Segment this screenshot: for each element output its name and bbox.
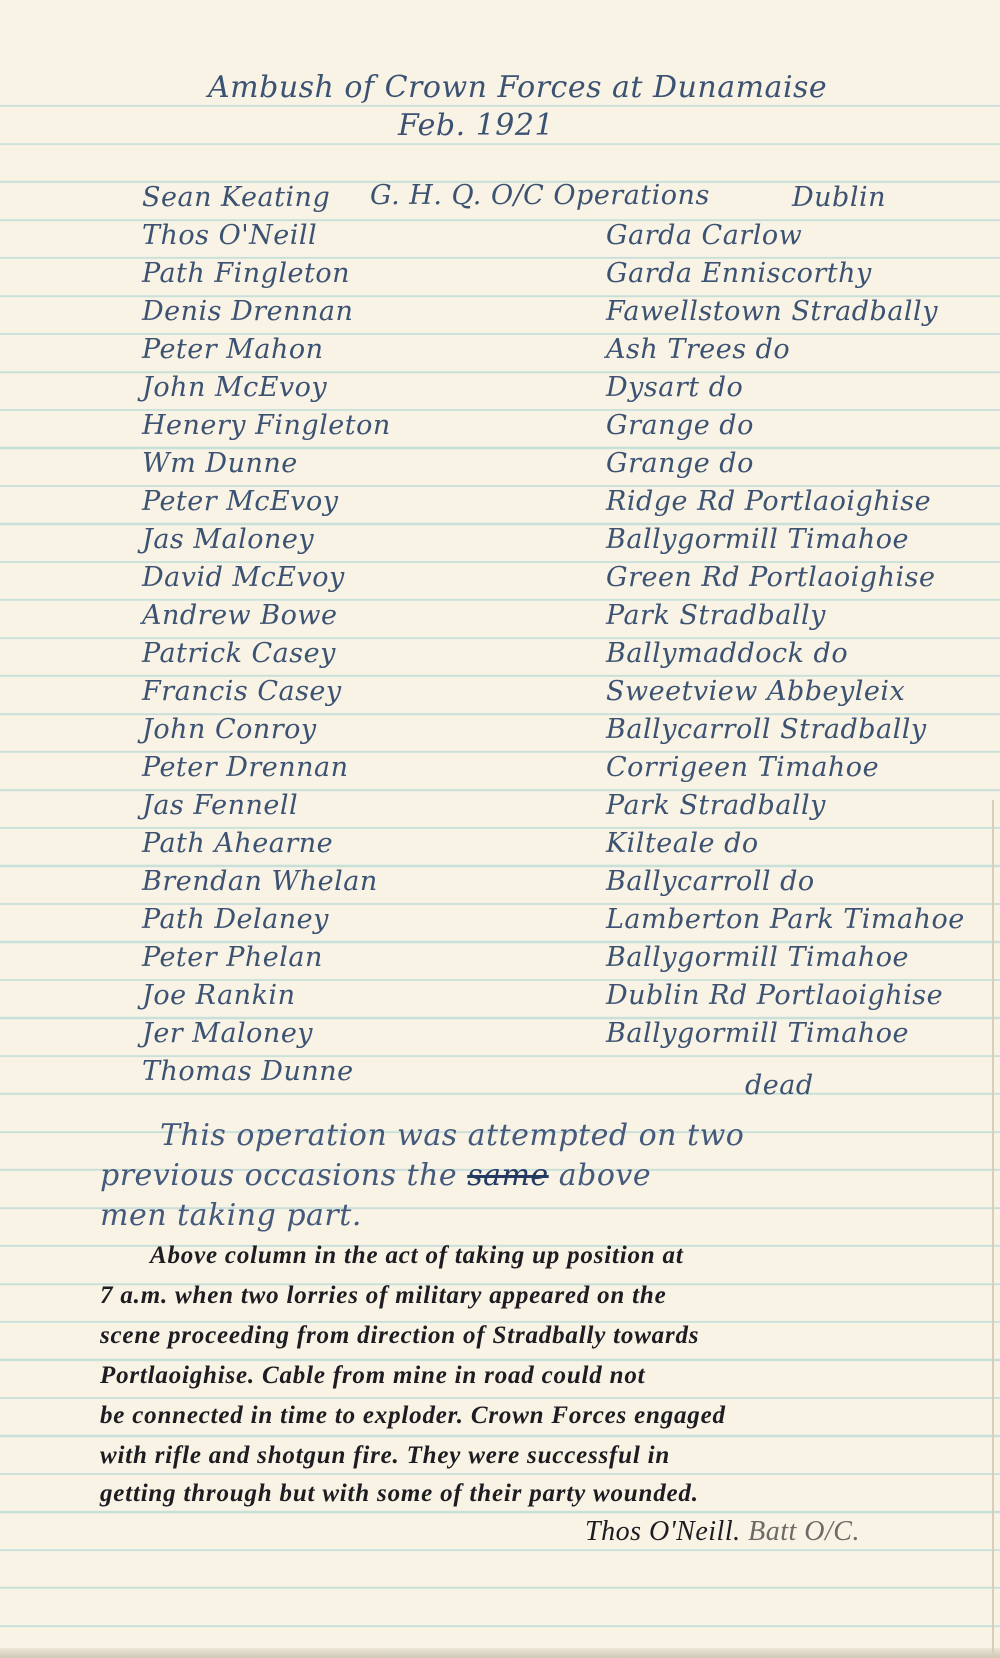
note-line: This operation was attempted on two [160, 1118, 744, 1153]
roster-address: Ballymaddock do [606, 638, 848, 669]
narrative-line: with rifle and shotgun fire. They were s… [100, 1442, 670, 1470]
roster-address: Ballygormill Timahoe [606, 524, 909, 555]
roster-address: Ballycarroll do [606, 866, 815, 897]
roster-address: Sweetview Abbeyleix [606, 676, 905, 707]
roster-address: Fawellstown Stradbally [606, 296, 938, 327]
note-line: men taking part. [100, 1198, 362, 1233]
roster-name: Jas Maloney [142, 524, 314, 555]
roster-name: Peter Drennan [142, 752, 349, 783]
note-line: previous occasions the same above [100, 1158, 651, 1193]
roster-name: John Conroy [142, 714, 317, 745]
roster-address: Ash Trees do [606, 334, 790, 365]
narrative-line: Portlaoighise. Cable from mine in road c… [100, 1362, 645, 1390]
roster-address: Corrigeen Timahoe [606, 752, 879, 783]
roster-name: Path Fingleton [142, 258, 350, 289]
roster-address: Park Stradbally [606, 600, 826, 631]
roster-address: Dublin Rd Portlaoighise [606, 980, 943, 1011]
roster-address: Green Rd Portlaoighise [606, 562, 935, 593]
ghq-note: G. H. Q. O/C Operations [370, 180, 710, 211]
notebook-page: Ambush of Crown Forces at Dunamaise Feb.… [0, 0, 1000, 1658]
roster-address: Ballygormill Timahoe [606, 1018, 909, 1049]
narrative-line: getting through but with some of their p… [100, 1480, 699, 1508]
roster-name: Peter McEvoy [142, 486, 339, 517]
roster-address: Ballycarroll Stradbally [606, 714, 927, 745]
roster-name: Path Delaney [142, 904, 329, 935]
roster-name: Sean Keating [142, 182, 330, 213]
roster-address: Kilteale do [606, 828, 759, 859]
note-text: above [559, 1158, 651, 1193]
roster-address: Garda Enniscorthy [606, 258, 872, 289]
signature: Thos O'Neill. Batt O/C. [585, 1516, 860, 1548]
roster-name: Andrew Bowe [142, 600, 337, 631]
roster-name: Patrick Casey [142, 638, 336, 669]
roster-address: Ballygormill Timahoe [606, 942, 909, 973]
roster-address: Dysart do [606, 372, 743, 403]
roster-address: Dublin [792, 182, 886, 213]
page-bottom-edge [0, 1648, 1000, 1658]
document-date: Feb. 1921 [398, 108, 554, 143]
note-text: previous occasions the [100, 1158, 457, 1193]
document-title: Ambush of Crown Forces at Dunamaise [208, 70, 827, 105]
roster-address: Grange do [606, 448, 754, 479]
narrative-line: be connected in time to exploder. Crown … [100, 1402, 726, 1430]
roster-name: Wm Dunne [142, 448, 298, 479]
roster-address: Ridge Rd Portlaoighise [606, 486, 931, 517]
narrative-line: 7 a.m. when two lorries of military appe… [100, 1282, 667, 1310]
signature-rank: Batt O/C. [748, 1516, 860, 1547]
narrative-line: scene proceeding from direction of Strad… [100, 1322, 699, 1350]
roster-address: Park Stradbally [606, 790, 826, 821]
roster-name: Thos O'Neill [142, 220, 317, 251]
roster-address: Lamberton Park Timahoe [606, 904, 965, 935]
roster-address: Grange do [606, 410, 754, 441]
roster-name: Jer Maloney [142, 1018, 313, 1049]
roster-name: Denis Drennan [142, 296, 353, 327]
roster-name: David McEvoy [142, 562, 345, 593]
roster-name: Thomas Dunne [142, 1056, 354, 1087]
roster-address: Garda Carlow [606, 220, 802, 251]
roster-name: Brendan Whelan [142, 866, 378, 897]
roster-name: Peter Phelan [142, 942, 323, 973]
narrative-line: Above column in the act of taking up pos… [150, 1242, 684, 1270]
roster-name: Jas Fennell [142, 790, 298, 821]
signature-name: Thos O'Neill. [585, 1516, 741, 1547]
roster-name: Francis Casey [142, 676, 342, 707]
roster-name: Henery Fingleton [142, 410, 391, 441]
roster-name: Joe Rankin [142, 980, 295, 1011]
roster-address: dead [745, 1070, 814, 1101]
roster-name: Peter Mahon [142, 334, 324, 365]
struck-word: same [467, 1158, 548, 1193]
roster-name: Path Ahearne [142, 828, 333, 859]
roster-name: John McEvoy [142, 372, 327, 403]
